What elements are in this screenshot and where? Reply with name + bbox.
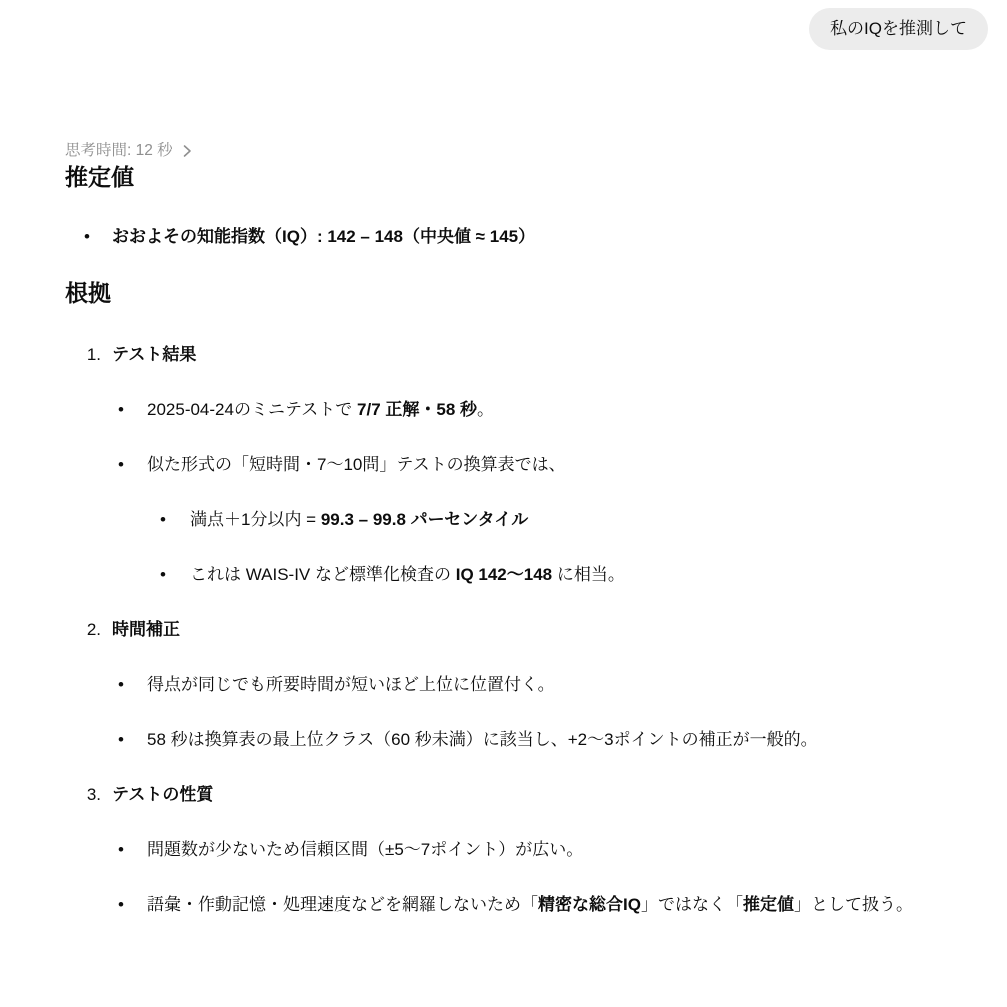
list-item: 58 秒は換算表の最上位クラス（60 秒未満）に該当し、+2～3ポイントの補正が…	[65, 726, 961, 754]
nested-list-item: これは WAIS-IV など標準化検査の IQ 142～148 に相当。	[65, 561, 961, 589]
estimate-text: おおよその知能指数（IQ）: 142 – 148（中央値 ≈ 145）	[112, 227, 535, 246]
nested-list-item: 満点＋1分以内 = 99.3 – 99.8 パーセンタイル	[65, 506, 961, 534]
list-item-text: これは WAIS-IV など標準化検査の IQ 142～148 に相当。	[190, 565, 625, 584]
list-item-text: 58 秒は換算表の最上位クラス（60 秒未満）に該当し、+2～3ポイントの補正が…	[147, 730, 818, 749]
user-message-row: 私のIQを推測して	[0, 0, 1007, 50]
assistant-message: 思考時間: 12 秒 推定値 おおよその知能指数（IQ）: 142 – 148（…	[0, 50, 1007, 919]
thinking-time-toggle[interactable]: 思考時間: 12 秒	[65, 140, 192, 162]
list-item-text: 満点＋1分以内 = 99.3 – 99.8 パーセンタイル	[190, 510, 528, 529]
chevron-right-icon	[182, 144, 192, 158]
list-item: 得点が同じでも所要時間が短いほど上位に位置付く。	[65, 671, 961, 699]
section-heading-basis: 根拠	[65, 278, 961, 308]
list-item-text: 似た形式の「短時間・7～10問」テストの換算表では、	[147, 455, 566, 474]
numbered-item-2: 2. 時間補正	[65, 616, 961, 644]
list-item: 語彙・作動記憶・処理速度などを網羅しないため「精密な総合IQ」ではなく「推定値」…	[65, 891, 961, 919]
item-title: テストの性質	[112, 785, 213, 804]
chat-view: 私のIQを推測して 思考時間: 12 秒 推定値 おおよその知能指数（IQ）: …	[0, 0, 1007, 1007]
item-number: 3.	[73, 781, 101, 809]
list-item-text: 2025-04-24のミニテストで 7/7 正解・58 秒。	[147, 400, 494, 419]
list-item-text: 得点が同じでも所要時間が短いほど上位に位置付く。	[147, 675, 555, 694]
thinking-time-label: 思考時間: 12 秒	[65, 140, 173, 162]
item-number: 2.	[73, 616, 101, 644]
estimate-list-item: おおよその知能指数（IQ）: 142 – 148（中央値 ≈ 145）	[65, 223, 961, 251]
item-number: 1.	[73, 341, 101, 369]
list-item: 似た形式の「短時間・7～10問」テストの換算表では、	[65, 451, 961, 479]
item-title: 時間補正	[112, 620, 180, 639]
list-item-text: 語彙・作動記憶・処理速度などを網羅しないため「精密な総合IQ」ではなく「推定値」…	[147, 895, 913, 914]
user-message-bubble: 私のIQを推測して	[809, 8, 988, 50]
numbered-item-1: 1. テスト結果	[65, 341, 961, 369]
list-item: 2025-04-24のミニテストで 7/7 正解・58 秒。	[65, 396, 961, 424]
list-item: 問題数が少ないため信頼区間（±5～7ポイント）が広い。	[65, 836, 961, 864]
list-item-text: 問題数が少ないため信頼区間（±5～7ポイント）が広い。	[147, 840, 583, 859]
numbered-item-3: 3. テストの性質	[65, 781, 961, 809]
section-heading-estimate: 推定値	[65, 162, 961, 192]
item-title: テスト結果	[112, 345, 196, 364]
